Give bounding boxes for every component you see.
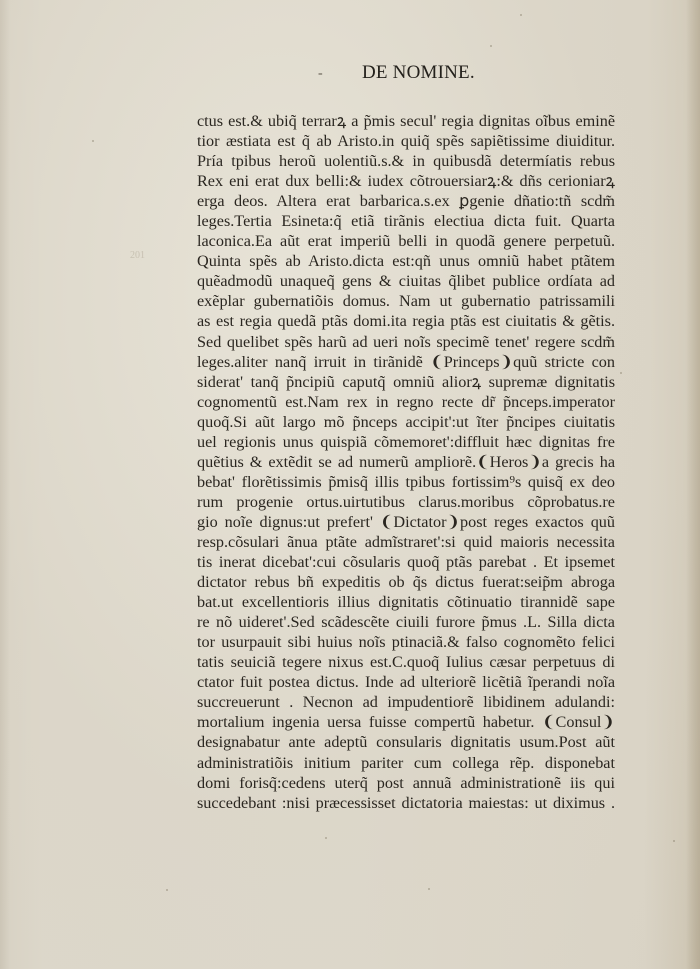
text-line: quẽadmodũ unaqueq̃ gens & ciuitas q̃libe… [197,271,615,291]
paper-speck [620,372,622,374]
text-line: succreuerunt . Necnon ad impudentiorẽ li… [197,692,615,712]
text-line: Quinta spẽs ab Aristo.dicta est:qñ unus … [197,251,615,271]
paper-speck [92,140,94,142]
text-line: leges.Tertia Esineta:q̃ etiã tirãnis ele… [197,211,615,231]
text-line: as est regia quedã ptãs domi.ita regia p… [197,311,615,331]
text-line: Rex eni erat dux belli:& iudex cõtrouers… [197,171,615,191]
text-line: tor usurpauit sibi huius noĩs ptinaciã.&… [197,632,615,652]
text-line: cognomentũ est.Nam rex in regno recte dr… [197,392,615,412]
text-line: gio noĩe dignus:ut prefert' ❨Dictator❩po… [197,512,615,532]
running-head: - DE NOMINE. [0,62,700,86]
faint-offset-mark: 201 [130,250,145,261]
text-line: dictator rebus bñ expeditis ob q̃s dictu… [197,572,615,592]
text-line: Sed quelibet spẽs harũ ad ueri noĩs spec… [197,332,615,352]
text-line: Pría tpibus heroũ uolentiũ.s.& in quibus… [197,151,615,171]
text-line: leges.aliter nanq̃ irruit in tirãnidẽ ❨P… [197,352,615,372]
running-head-title: DE NOMINE. [362,62,475,84]
body-text-block: ctus est.& ubiq̃ terrarꝝ a p̃mis secul' … [197,111,615,813]
page-left-edge-shadow [0,0,10,969]
text-line: resp.cõsulari ãnua ptãte admĩstraret':si… [197,532,615,552]
text-line: tatis seuiciã tegere nixus est.C.quoq̃ I… [197,652,615,672]
text-line: siderat' tanq̃ p̃ncipiũ caputq̃ omniũ al… [197,372,615,392]
text-line: laconica.Ea aũt erat imperiũ belli in qu… [197,231,615,251]
text-line: quẽtius & extẽdit se ad numerũ ampliorẽ.… [197,452,615,472]
text-line: succedebant :nisi præcessisset dictatori… [197,793,615,813]
text-line: domi forisq̃:cedens uterq̃ post annuã ad… [197,773,615,793]
paper-speck [428,888,430,890]
running-head-dash: - [318,66,323,82]
text-line: tis inerat dicebat':cui cõsularis quoq̃ … [197,552,615,572]
text-line: mortalium ingenia uersa fuisse compertũ … [197,712,615,732]
text-line: ctator fuit postea dictus. Inde ad ulter… [197,672,615,692]
text-line: exẽplar gubernatiõis domus. Nam ut guber… [197,291,615,311]
text-line: quoq̃.Si aũt largo mõ p̃nceps accipit':u… [197,412,615,432]
text-line: designabatur ante adeptũ consularis dign… [197,732,615,752]
text-line: tior æstiata est q̃ ab Aristo.in quiq̃ s… [197,131,615,151]
text-line: rum progenie ortus.uirtutibus clarus.mor… [197,492,615,512]
paper-speck [325,837,327,839]
text-line: uel regionis unus quispiã cõmemoret':dif… [197,432,615,452]
text-line: bebat' florẽtissimis p̃misq̃ illis tpibu… [197,472,615,492]
paper-speck [673,840,675,842]
paper-speck [166,889,168,891]
text-line: bat.ut excellentioris illius dignitatis … [197,592,615,612]
text-line: re nõ uideret'.Sed scãdescẽte ciuili fur… [197,612,615,632]
book-page: 201 - DE NOMINE. ctus est.& ubiq̃ terrar… [0,0,700,969]
text-line: ctus est.& ubiq̃ terrarꝝ a p̃mis secul' … [197,111,615,131]
paper-speck [490,45,492,47]
page-right-edge-shadow [686,0,700,969]
text-line: erga deos. Altera erat barbarica.s.ex ꝑg… [197,191,615,211]
paper-speck [520,14,522,16]
text-line: administratiõis initium pariter cum coll… [197,753,615,773]
